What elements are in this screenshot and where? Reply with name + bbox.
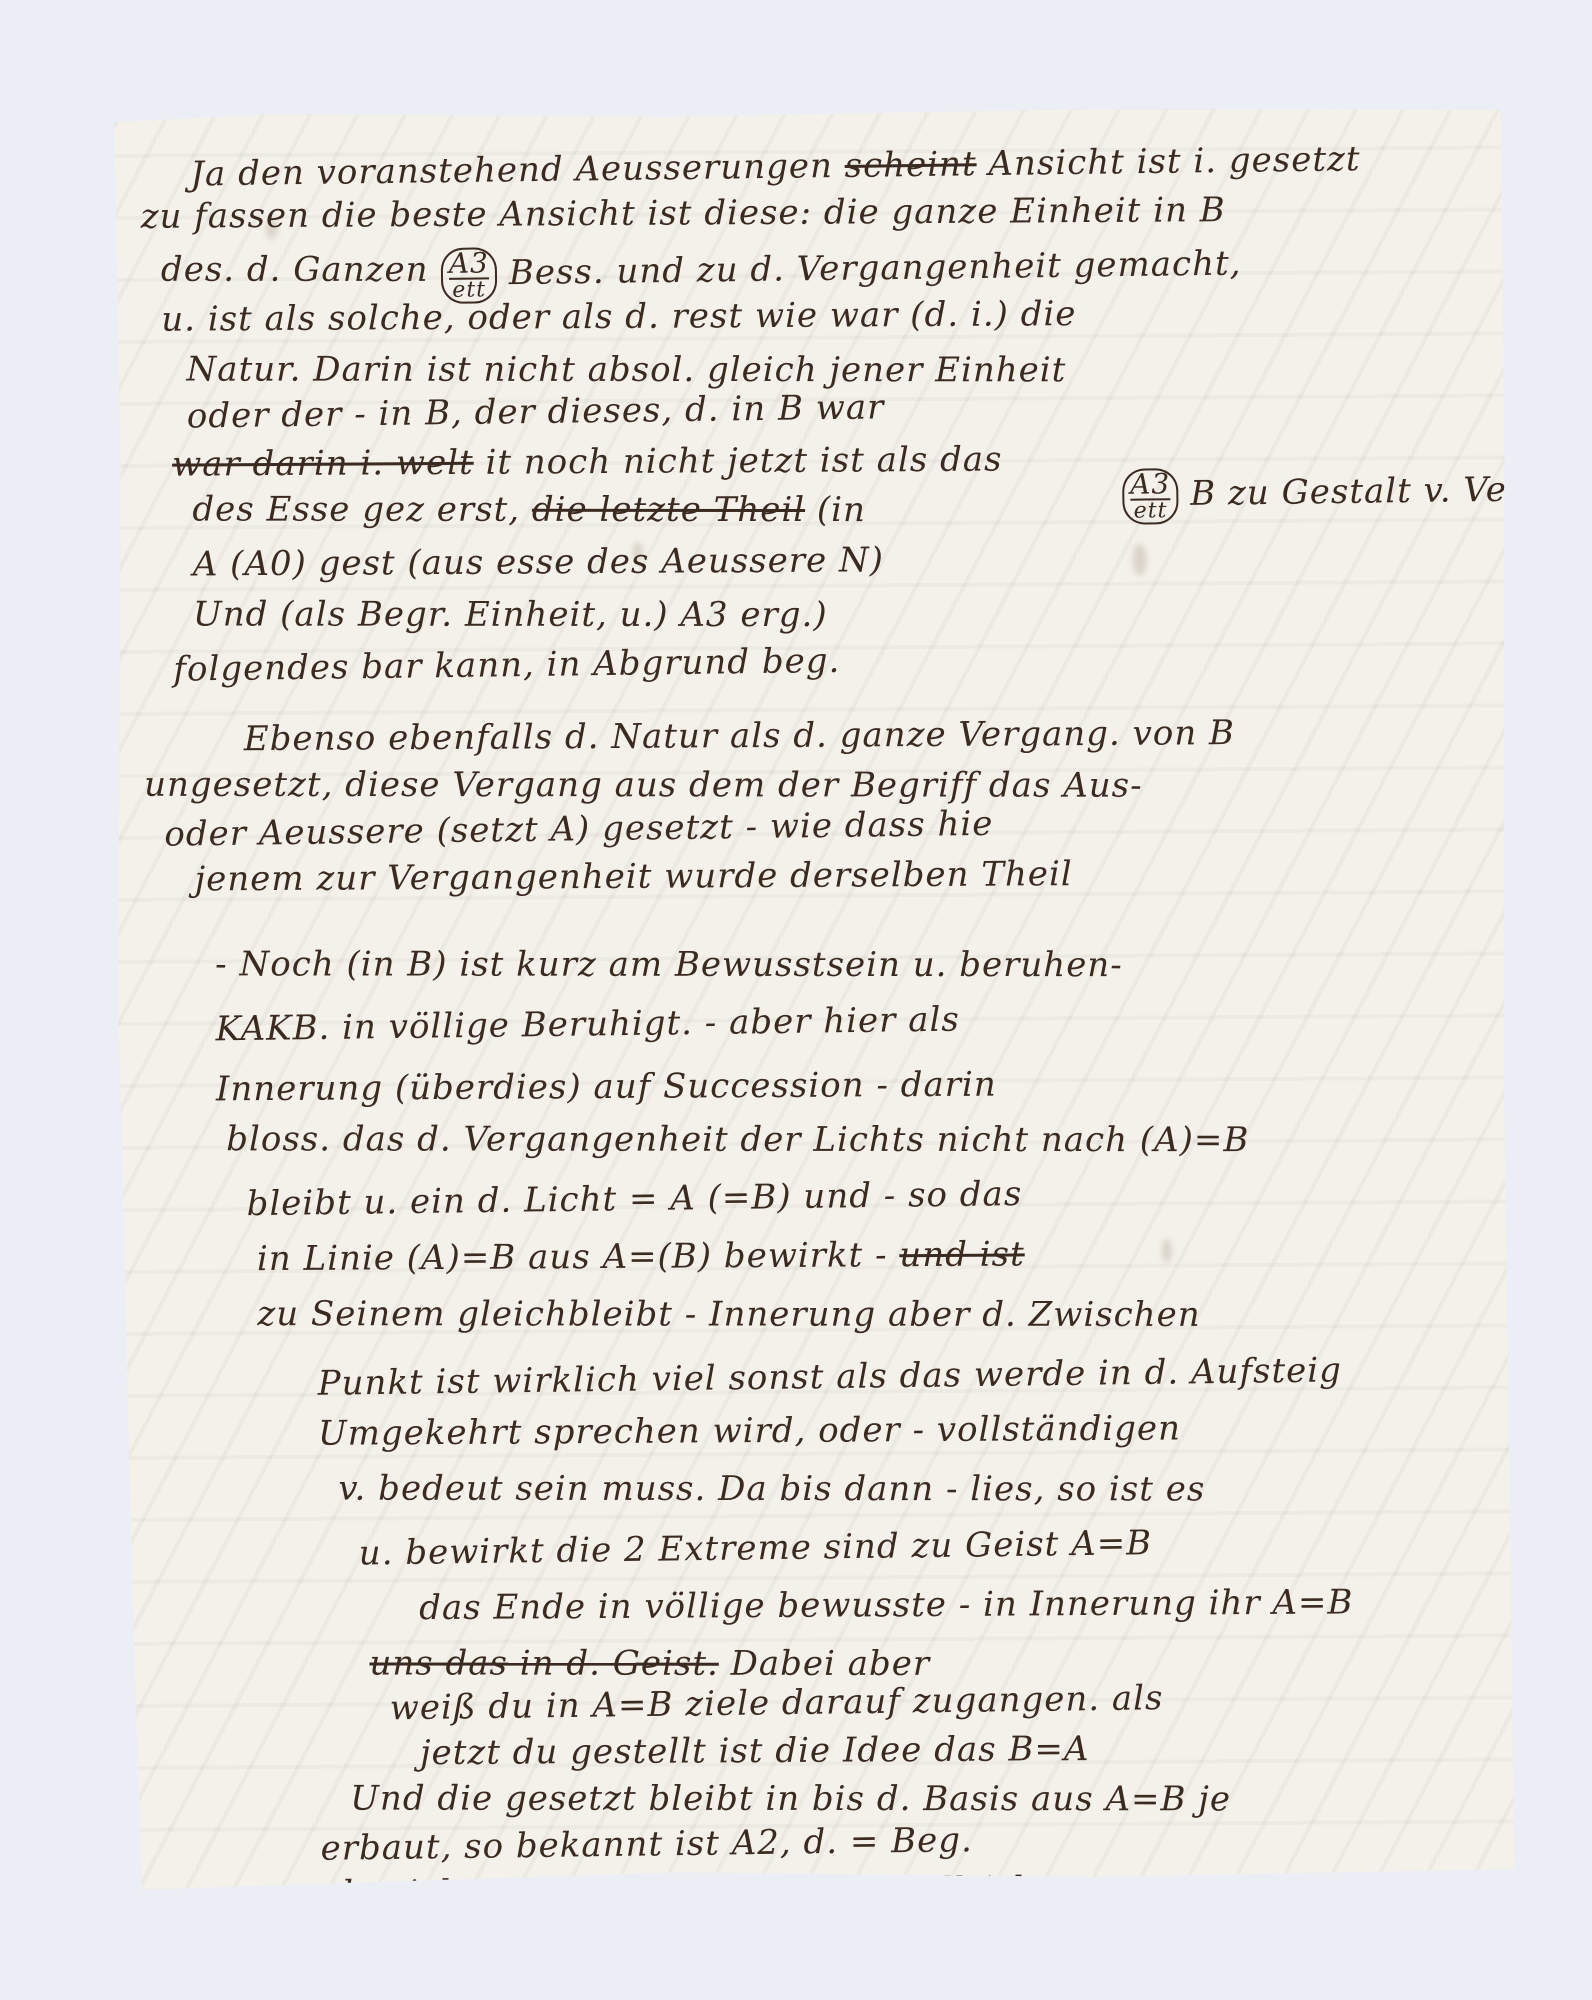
manuscript-line: Innerung (überdies) auf Succession - dar… — [216, 1065, 997, 1110]
handwritten-text-body: Ja den voranstehend Aeusserungen scheint… — [110, 106, 1505, 115]
circled-notation: A3ett — [1122, 468, 1179, 525]
manuscript-line: als nicht Begriff Bestimmt - überall (ab… — [321, 1869, 1074, 1914]
manuscript-line: Begriff als Begr. - absol. begriff ist d… — [461, 1952, 1304, 2000]
manuscript-line: folgendes bar kann, in Abgrund beg. — [173, 641, 840, 690]
manuscript-line: erbaut, so bekannt ist A2, d. = Beg. — [320, 1820, 973, 1869]
manuscript-line: KAKB. in völlige Beruhigt. - aber hier a… — [215, 1000, 960, 1050]
struck-text: war darin i. welt — [172, 443, 474, 485]
manuscript-line: Ebenso ebenfalls d. Natur als d. ganze V… — [244, 713, 1235, 759]
manuscript-line: weiß du in A=B ziele darauf zugangen. al… — [389, 1678, 1163, 1728]
manuscript-line: A3ett Bess. und zu d. Vergangenheit gema… — [441, 238, 1242, 304]
manuscript-line: war darin i. welt it noch nicht jetzt is… — [172, 440, 1003, 485]
manuscript-line: bleibt u. ein d. Licht = A (=B) und - so… — [246, 1174, 1022, 1224]
manuscript-page: Ja den voranstehend Aeusserungen scheint… — [110, 106, 1516, 1889]
manuscript-line: zu Seinem gleichbleibt - Innerung aber d… — [257, 1294, 1200, 1335]
manuscript-line: des. d. Ganzen — [161, 250, 429, 290]
manuscript-line: u. bewirkt die 2 Extreme sind zu Geist A… — [359, 1523, 1153, 1573]
manuscript-line: Und die gesetzt bleibt in bis d. Basis a… — [350, 1779, 1231, 1820]
struck-text: scheint — [844, 144, 976, 186]
manuscript-line: Und (als Begr. Einheit, u.) A3 erg.) — [193, 595, 828, 636]
manuscript-line: Ja den voranstehend Aeusserungen scheint… — [190, 139, 1361, 194]
manuscript-line: des Esse gez erst, die letzte Theil (in — [192, 490, 866, 531]
ink-stain — [1133, 544, 1147, 576]
manuscript-line: v. bedeut sein muss. Da bis dann - lies,… — [338, 1469, 1205, 1510]
manuscript-line: Umgekehrt sprechen wird, oder - vollstän… — [318, 1408, 1181, 1453]
manuscript-line: A3 (das überall) Bestimmt. - absol. Begr… — [331, 1924, 1331, 1965]
manuscript-line: jetzt du gestellt ist die Idee das B=A — [420, 1729, 1090, 1773]
manuscript-line: - Noch (in B) ist kurz am Bewusstsein u.… — [215, 944, 1123, 985]
manuscript-line: A (A0) gest (aus esse des Aeussere N) — [193, 540, 884, 584]
manuscript-line: zu fassen die beste Ansicht ist diese: d… — [141, 190, 1226, 237]
manuscript-line: uns das in d. Geist. Dabei aber — [369, 1643, 930, 1683]
ink-stain — [1162, 1239, 1172, 1263]
manuscript-line: A3ett B zu Gestalt v. Vergan — [1122, 463, 1592, 525]
manuscript-line: oder der - in B, der dieses, d. in B war — [187, 387, 885, 436]
manuscript-line: u. ist als solche, oder als d. rest wie … — [161, 294, 1076, 340]
manuscript-line: Natur. Darin ist nicht absol. gleich jen… — [187, 350, 1067, 391]
struck-text: und ist — [899, 1234, 1025, 1275]
manuscript-line: das Ende in völlige bewusste - in Inneru… — [419, 1582, 1354, 1628]
manuscript-line: Punkt ist wirklich viel sonst als das we… — [317, 1350, 1342, 1403]
manuscript-line: in Linie (A)=B aus A=(B) bewirkt - und i… — [257, 1234, 1025, 1279]
manuscript-line: jenem zur Vergangenheit wurde derselben … — [195, 854, 1073, 899]
struck-text: uns das in d. Geist. — [369, 1643, 718, 1683]
circled-notation: A3ett — [441, 247, 498, 304]
manuscript-line: oder Aeussere (setzt A) gesetzt - wie da… — [164, 804, 993, 855]
manuscript-line: ungesetzt, diese Vergang aus dem der Beg… — [144, 765, 1143, 806]
manuscript-line: bloss. das d. Vergangenheit der Lichts n… — [226, 1119, 1249, 1160]
struck-text: die letzte Theil — [532, 490, 805, 530]
